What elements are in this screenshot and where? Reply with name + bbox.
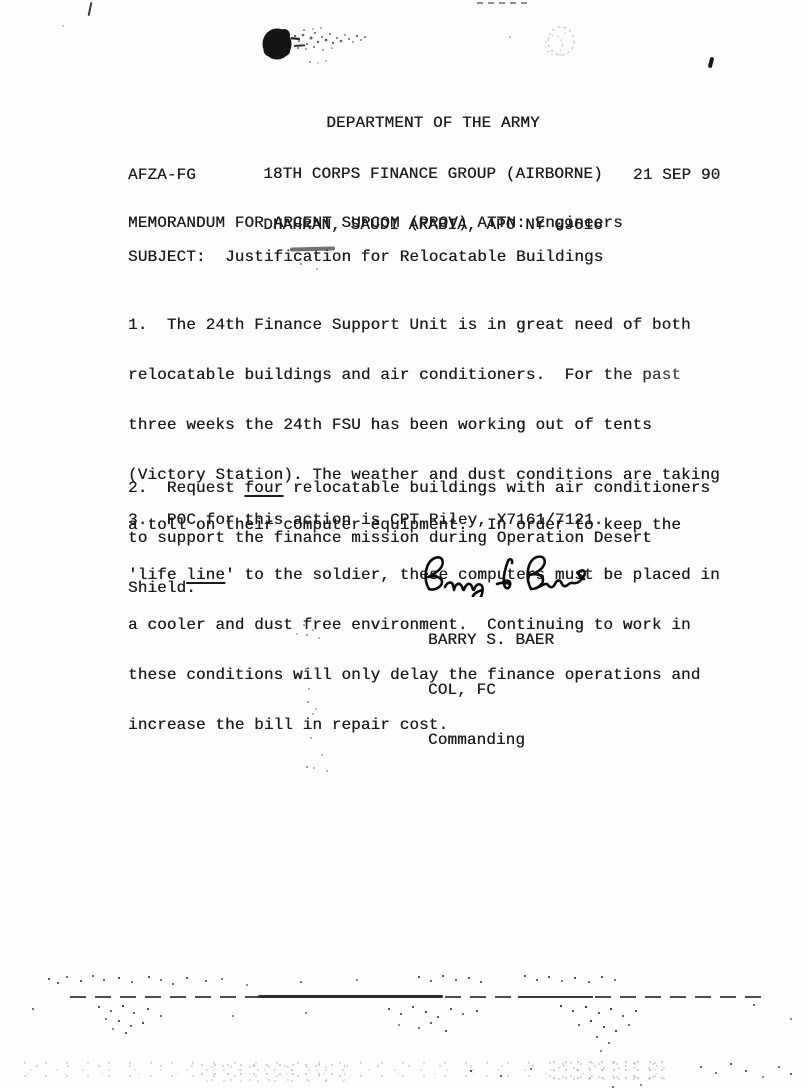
letterhead-line-1: DEPARTMENT OF THE ARMY: [180, 115, 686, 132]
scan-streak-segment: [518, 996, 593, 998]
ink-smudge-stamp: [260, 24, 375, 66]
scan-dash-mark: [477, 2, 527, 4]
body-line: Shield.: [128, 580, 710, 597]
scan-speckle-band-a: [0, 0, 2, 2]
signature-block: BARRY S. BAER COL, FC Commanding: [428, 599, 554, 782]
body-line: 1. The 24th Finance Support Unit is in g…: [128, 317, 720, 334]
office-symbol: AFZA-FG: [128, 167, 196, 184]
scan-noise-cluster-1: [200, 1062, 345, 1082]
memo-for-line: MEMORANDUM FOR ARCENT SUPCOM (PROV) ATTN…: [128, 215, 623, 232]
faint-stamp-circle: [541, 25, 579, 61]
signer-title: Commanding: [428, 732, 554, 749]
scan-slash-mark: [88, 2, 93, 16]
paragraph-2: 2. Request four relocatable buildings wi…: [128, 447, 710, 630]
scan-noise-cluster-2: [552, 1059, 667, 1085]
scanned-memo-page: DEPARTMENT OF THE ARMY 18TH CORPS FINANC…: [0, 0, 808, 1088]
body-line: 2. Request four relocatable buildings wi…: [128, 480, 710, 497]
scan-streak-dark-segment: [258, 995, 443, 998]
signer-rank: COL, FC: [428, 682, 554, 699]
scan-noise-band-b: [22, 1059, 662, 1083]
scan-streak-line: [70, 996, 765, 998]
body-line: relocatable buildings and air conditione…: [128, 367, 720, 384]
signer-name: BARRY S. BAER: [428, 632, 554, 649]
subject-line: SUBJECT: Justification for Relocatable B…: [128, 249, 603, 266]
scan-speckle-band-b: [0, 0, 2, 2]
memo-date: 21 SEP 90: [633, 167, 720, 184]
stray-ink-mark: [708, 57, 715, 69]
paragraph-3: 3. POC for this action is CPT Riley, X71…: [128, 512, 603, 529]
underlined-word: four: [244, 479, 283, 497]
letterhead-line-2: 18TH CORPS FINANCE GROUP (AIRBORNE): [180, 166, 686, 183]
body-line: three weeks the 24th FSU has been workin…: [128, 417, 720, 434]
body-line: increase the bill in repair cost.: [128, 717, 720, 734]
letterhead: DEPARTMENT OF THE ARMY 18TH CORPS FINANC…: [180, 81, 686, 268]
scan-speckle-field: [0, 0, 2, 2]
body-line: these conditions will only delay the fin…: [128, 667, 720, 684]
body-line: to support the finance mission during Op…: [128, 530, 710, 547]
